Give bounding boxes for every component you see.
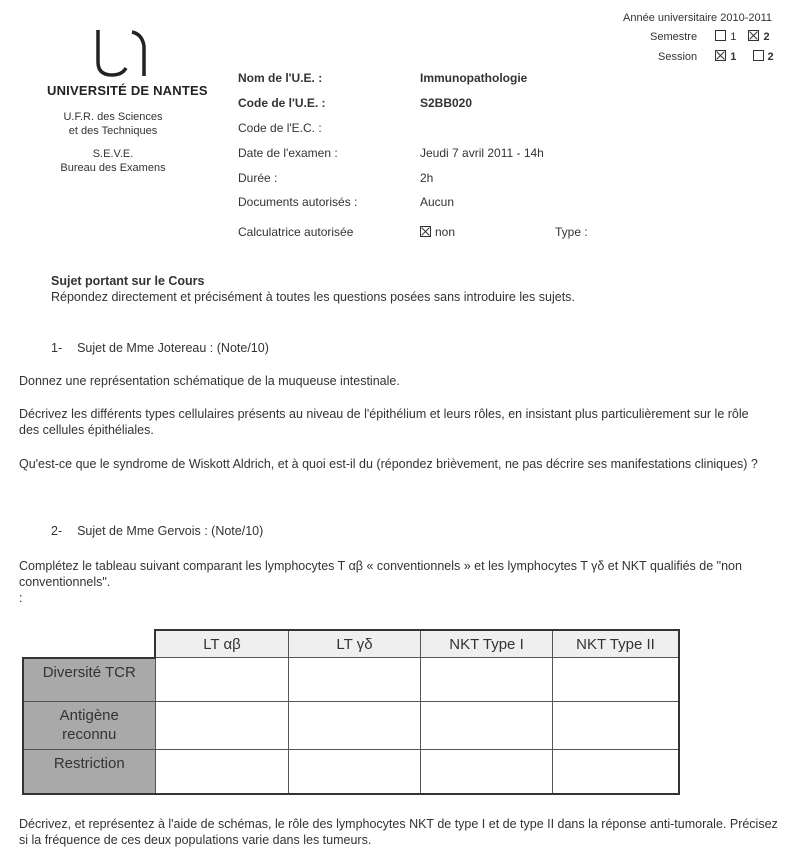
ufr-line2: et des Techniques [58,124,168,138]
section1-number: 1- [51,341,62,355]
semestre-1-checkbox[interactable] [715,30,726,41]
calculator-value: non [420,225,455,239]
section2-title: Sujet de Mme Gervois : (Note/10) [77,524,263,538]
table-corner [23,630,155,658]
table-cell[interactable] [421,702,553,750]
section2-heading: 2- Sujet de Mme Gervois : (Note/10) [51,523,263,539]
exam-date-label: Date de l'examen : [238,146,338,160]
table-row: Diversité TCR [23,658,679,702]
duration-value: 2h [420,171,433,185]
table-cell[interactable] [289,702,421,750]
table-cell[interactable] [155,750,289,794]
session-row: Session 1 2 [658,50,774,63]
row-header-line2: reconnu [24,725,155,744]
column-header: LT αβ [155,630,289,658]
session-1-checkbox[interactable] [715,50,726,61]
calculator-checkbox[interactable] [420,226,431,237]
table-row: Antigène reconnu [23,702,679,750]
ue-name-value: Immunopathologie [420,71,527,85]
semestre-2-checkbox[interactable] [748,30,759,41]
section2-number: 2- [51,524,62,538]
calculator-value-text: non [435,225,455,239]
duration-label: Durée : [238,171,277,185]
column-header: LT γδ [289,630,421,658]
ue-code-value: S2BB020 [420,96,472,110]
session-2-label: 2 [768,51,774,63]
session-1-label: 1 [730,51,736,63]
intro-title: Sujet portant sur le Cours [51,273,205,289]
intro-instruction: Répondez directement et précisément à to… [51,289,575,305]
column-header: NKT Type I [421,630,553,658]
table-cell[interactable] [421,750,553,794]
documents-value: Aucun [420,195,454,209]
ufr-line1: U.F.R. des Sciences [58,110,168,124]
semestre-label: Semestre [650,31,697,43]
ue-code-label: Code de l'U.E. : [238,96,326,110]
session-label: Session [658,51,697,63]
ue-name-label: Nom de l'U.E. : [238,71,322,85]
academic-year: Année universitaire 2010-2011 [623,12,772,24]
table-cell[interactable] [155,702,289,750]
section2-colon: : [19,590,22,606]
session-2-checkbox[interactable] [753,50,764,61]
column-header: NKT Type II [553,630,680,658]
calculator-label: Calculatrice autorisée [238,225,353,239]
row-header-line1: Antigène [24,706,155,725]
table-cell[interactable] [553,658,680,702]
semestre-1-label: 1 [730,31,736,43]
row-header: Diversité TCR [23,658,155,702]
semestre-row: Semestre 1 2 [650,30,770,43]
dept-line1: S.E.V.E. [48,147,178,161]
dept-block: S.E.V.E. Bureau des Examens [48,147,178,175]
table-cell[interactable] [289,750,421,794]
table-cell[interactable] [421,658,553,702]
section2-q1: Complétez le tableau suivant comparant l… [19,558,789,590]
ec-code-label: Code de l'E.C. : [238,121,322,135]
comparison-table: LT αβ LT γδ NKT Type I NKT Type II Diver… [22,629,680,795]
table-cell[interactable] [553,702,680,750]
section1-heading: 1- Sujet de Mme Jotereau : (Note/10) [51,340,269,356]
university-name: UNIVERSITÉ DE NANTES [47,83,208,98]
ufr-block: U.F.R. des Sciences et des Techniques [58,110,168,138]
section2-q2: Décrivez, et représentez à l'aide de sch… [19,816,779,848]
documents-label: Documents autorisés : [238,195,357,209]
dept-line2: Bureau des Examens [48,161,178,175]
section1-title: Sujet de Mme Jotereau : (Note/10) [77,341,269,355]
table-cell[interactable] [155,658,289,702]
type-label: Type : [555,225,588,239]
section1-q1: Donnez une représentation schématique de… [19,373,779,389]
table-cell[interactable] [289,658,421,702]
exam-date-value: Jeudi 7 avril 2011 - 14h [420,146,544,160]
table-row: Restriction [23,750,679,794]
row-header: Antigène reconnu [23,702,155,750]
table-header-row: LT αβ LT γδ NKT Type I NKT Type II [23,630,679,658]
university-logo-icon [92,28,158,78]
row-header: Restriction [23,750,155,794]
section1-q2: Décrivez les différents types cellulaire… [19,406,759,438]
section1-q3: Qu'est-ce que le syndrome de Wiskott Ald… [19,456,759,472]
table-cell[interactable] [553,750,680,794]
semestre-2-label: 2 [763,31,769,43]
